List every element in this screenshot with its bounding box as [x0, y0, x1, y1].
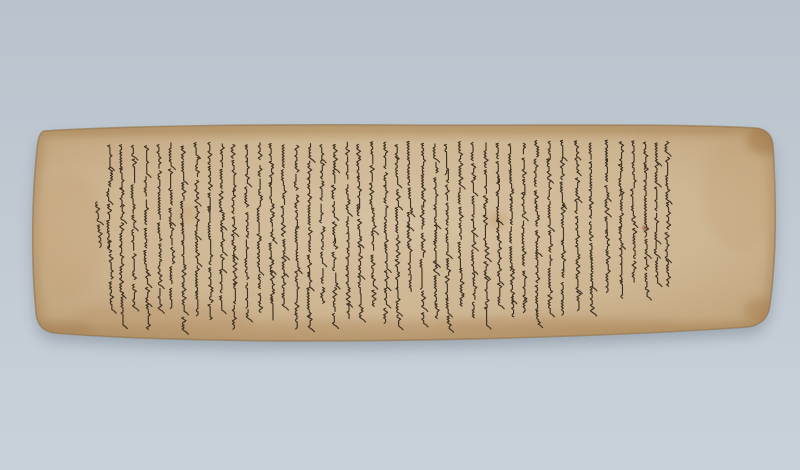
stain: [40, 125, 760, 137]
stain: [70, 304, 250, 332]
stain: [36, 175, 104, 295]
stain: [174, 205, 198, 223]
manuscript-scene: [0, 0, 800, 470]
manuscript-photo: [0, 0, 800, 470]
